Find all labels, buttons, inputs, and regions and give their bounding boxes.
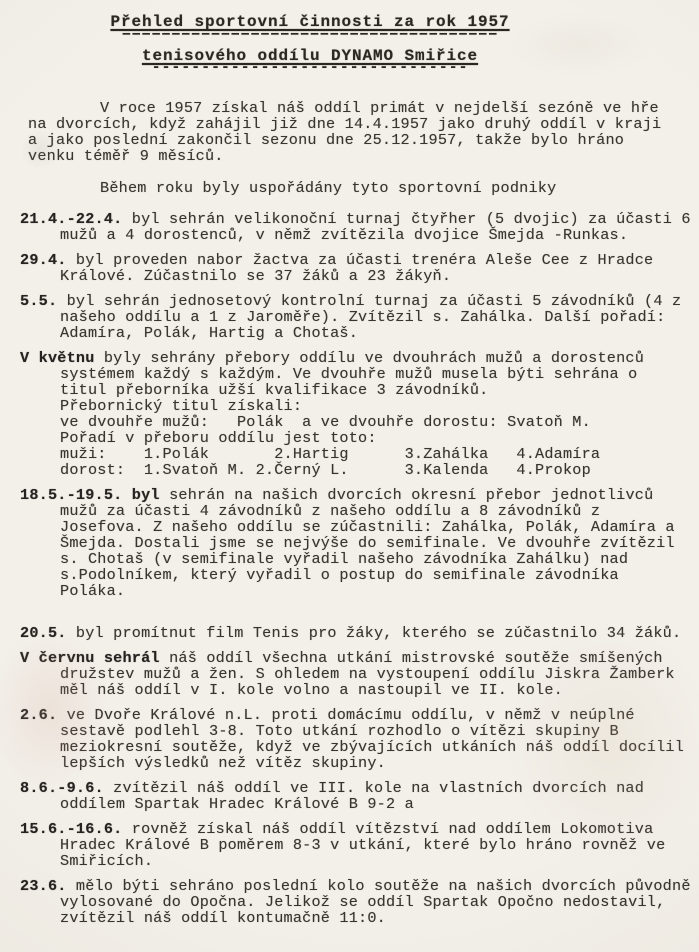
diary-entry: 29.4. byl proveden nabor žactva za účast… (10, 252, 691, 284)
entry-body: V květnu byly sehrány přebory oddílu ve … (60, 350, 691, 398)
entry-body: 29.4. byl proveden nabor žactva za účast… (60, 252, 691, 284)
document-title: Přehled sportovní činnosti za rok 1957 (110, 14, 509, 30)
scanned-document-page: Přehled sportovní činnosti za rok 1957 =… (0, 0, 699, 952)
document-header: Přehled sportovní činnosti za rok 1957 =… (10, 14, 610, 73)
entry-text: byl proveden nabor žactva za účasti tren… (60, 251, 653, 285)
entry-body: V červnu sehrál náš oddíl všechna utkání… (60, 650, 691, 698)
entry-body: 5.5. byl sehrán jednosetový kontrolní tu… (60, 293, 691, 341)
diary-entry: 23.6. mělo býti sehráno poslední kolo so… (10, 878, 691, 926)
entry-text: byly sehrány přebory oddílu ve dvouhrách… (60, 349, 644, 399)
title-underline-equals: ====================================== (10, 29, 610, 39)
section-lead-paragraph: Během roku byly uspořádány tyto sportovn… (28, 180, 673, 196)
entry-date: 5.5. (20, 292, 57, 310)
entry-text: byl sehrán velikonoční turnaj čtyřher (5… (60, 210, 691, 244)
intro-paragraph: V roce 1957 získal náš oddíl primát v ne… (28, 100, 673, 164)
entry-body: 2.6. ve Dvoře Králové n.L. proti domácím… (60, 707, 691, 771)
entry-text: rovněž získal náš oddíl vítězství nad od… (60, 820, 665, 870)
entry-text: zvítězil náš oddíl ve III. kole na vlast… (60, 779, 644, 813)
entry-body: 20.5. byl promítnut film Tenis pro žáky,… (60, 625, 691, 641)
diary-entry: 20.5. byl promítnut film Tenis pro žáky,… (10, 625, 691, 641)
entry-body: 21.4.-22.4. byl sehrán velikonoční turna… (60, 211, 691, 243)
title-line-2: tenisového oddílu DYNAMO Smiřice (10, 48, 610, 64)
entry-date: 2.6. (20, 706, 57, 724)
title-line-1: Přehled sportovní činnosti za rok 1957 (10, 14, 610, 30)
diary-entry: 18.5.-19.5. byl sehrán na našich dvorcíc… (10, 487, 691, 599)
document-subtitle-club: tenisového oddílu DYNAMO Smiřice (142, 48, 478, 64)
entry-body: 15.6.-16.6. rovněž získal náš oddíl vítě… (60, 821, 691, 869)
entry-text: mělo býti sehráno poslední kolo soutěže … (60, 877, 691, 927)
entry-text: byl sehrán jednosetový kontrolní turnaj … (60, 292, 681, 342)
diary-entry: 2.6. ve Dvoře Králové n.L. proti domácím… (10, 707, 691, 771)
entry-text: byl promítnut film Tenis pro žáky, které… (76, 624, 681, 642)
diary-entry: V červnu sehrál náš oddíl všechna utkání… (10, 650, 691, 698)
championship-results-table: Přebornický titul získali: ve dvouhře mu… (60, 398, 691, 478)
entry-body: 8.6.-9.6. zvítězil náš oddíl ve III. kol… (60, 780, 691, 812)
entry-text: ve Dvoře Králové n.L. proti domácímu odd… (60, 706, 684, 772)
entry-body: 23.6. mělo býti sehráno poslední kolo so… (60, 878, 691, 926)
subtitle-underline-dashes: -------------------------------- (10, 64, 610, 73)
entry-body: 18.5.-19.5. byl sehrán na našich dvorcíc… (60, 487, 691, 599)
entry-text: sehrán na našich dvorcích okresní přebor… (60, 486, 675, 600)
entry-date: 20.5. (20, 624, 67, 642)
diary-entry: 21.4.-22.4. byl sehrán velikonoční turna… (10, 211, 691, 243)
diary-entry: 8.6.-9.6. zvítězil náš oddíl ve III. kol… (10, 780, 691, 812)
diary-entry: 5.5. byl sehrán jednosetový kontrolní tu… (10, 293, 691, 341)
diary-entry: 15.6.-16.6. rovněž získal náš oddíl vítě… (10, 821, 691, 869)
diary-entry: V květnu byly sehrány přebory oddílu ve … (10, 350, 691, 478)
